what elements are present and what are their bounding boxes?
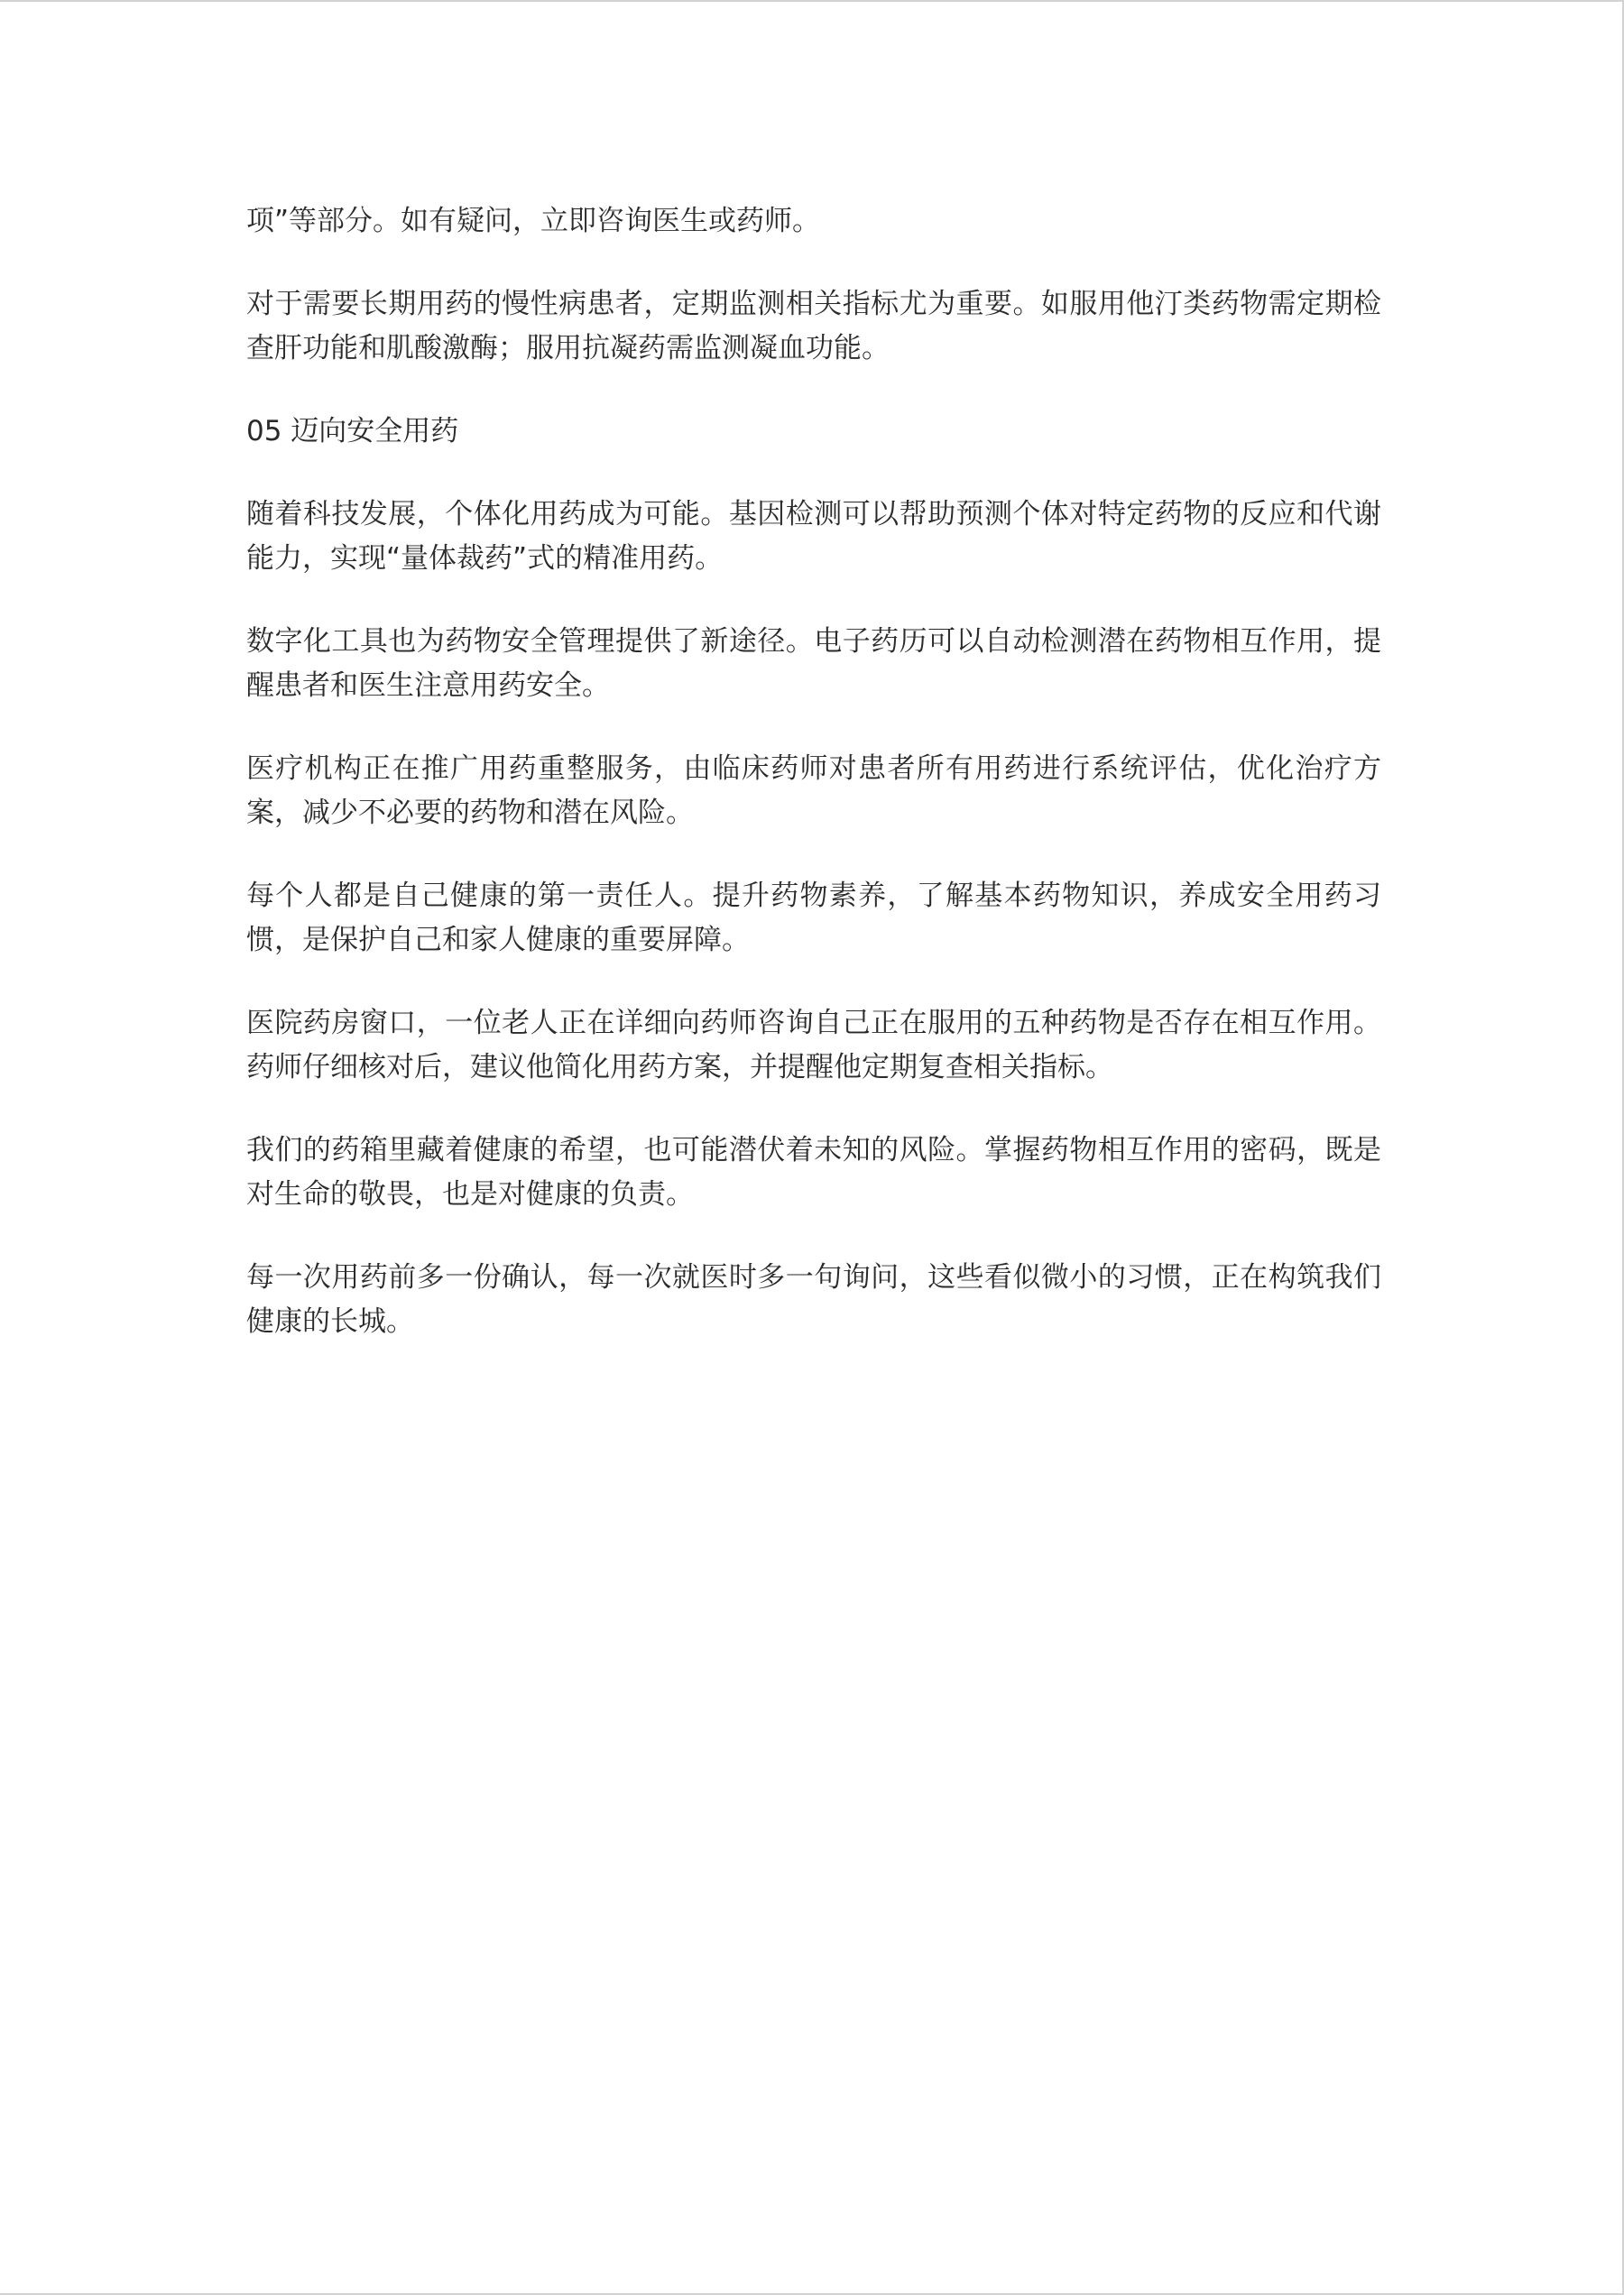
paragraph-personalized-medicine: 随着科技发展，个体化用药成为可能。基因检测可以帮助预测个体对特定药物的反应和代谢… xyxy=(246,493,1381,581)
paragraph-digital-tools: 数字化工具也为药物安全管理提供了新途径。电子药历可以自动检测潜在药物相互作用，提… xyxy=(246,620,1381,708)
paragraph-pharmacy-scene: 医院药房窗口，一位老人正在详细向药师咨询自己正在服用的五种药物是否存在相互作用。… xyxy=(246,1001,1381,1090)
paragraph-monitoring: 对于需要长期用药的慢性病患者，定期监测相关指标尤为重要。如服用他汀类药物需定期检… xyxy=(246,282,1381,371)
article-body: 项”等部分。如有疑问，立即咨询医生或药师。 对于需要长期用药的慢性病患者，定期监… xyxy=(246,199,1381,1344)
paragraph-medicine-cabinet: 我们的药箱里藏着健康的希望，也可能潜伏着未知的风险。掌握药物相互作用的密码，既是… xyxy=(246,1129,1381,1217)
paragraph-personal-responsibility: 每个人都是自己健康的第一责任人。提升药物素养，了解基本药物知识，养成安全用药习惯… xyxy=(246,874,1381,963)
paragraph-continuation: 项”等部分。如有疑问，立即咨询医生或药师。 xyxy=(246,199,1381,244)
document-page: 项”等部分。如有疑问，立即咨询医生或药师。 对于需要长期用药的慢性病患者，定期监… xyxy=(0,0,1624,2295)
paragraph-medication-reconciliation: 医疗机构正在推广用药重整服务，由临床药师对患者所有用药进行系统评估，优化治疗方案… xyxy=(246,747,1381,835)
paragraph-closing: 每一次用药前多一份确认，每一次就医时多一句询问，这些看似微小的习惯，正在构筑我们… xyxy=(246,1256,1381,1344)
section-heading: 05 迈向安全用药 xyxy=(246,410,1381,454)
